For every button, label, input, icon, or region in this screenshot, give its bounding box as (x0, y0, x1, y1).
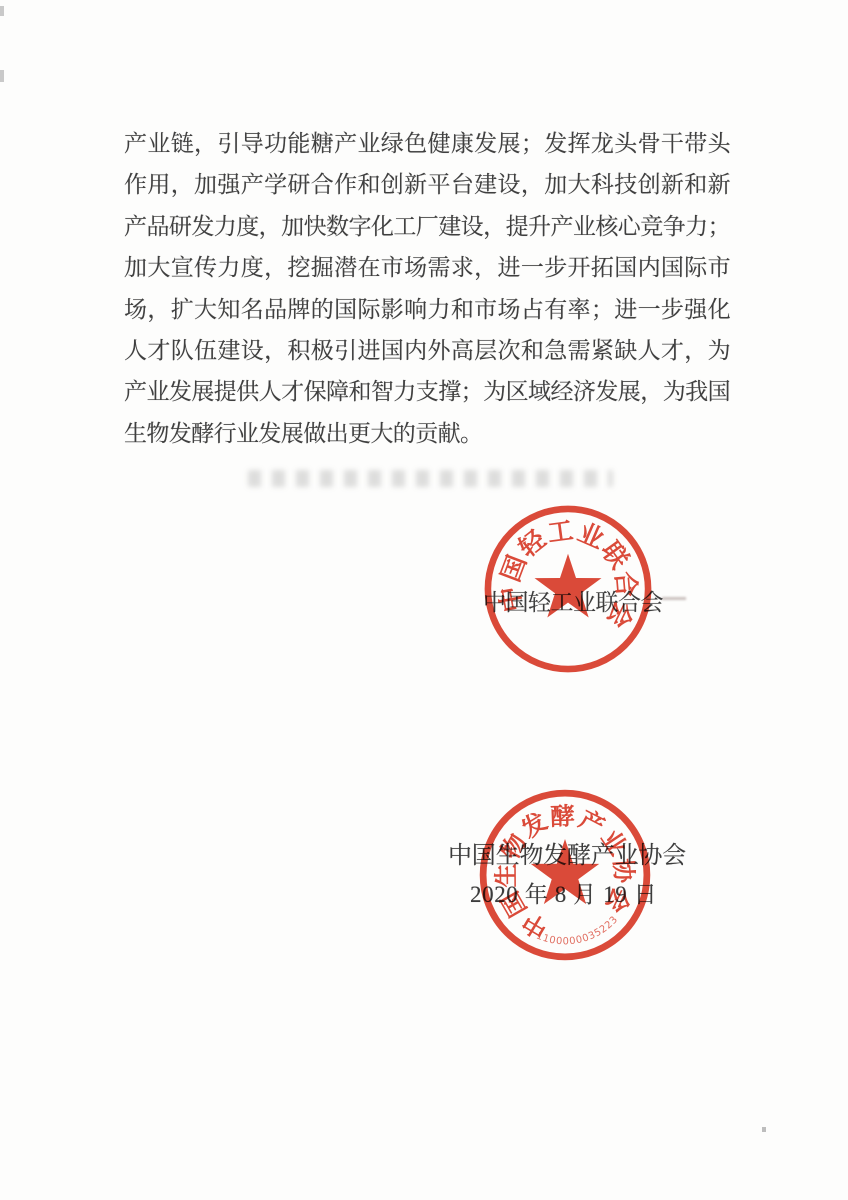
paragraph-line: 产业发展提供人才保障和智力支撑；为区域经济发展，为我国 (124, 371, 730, 412)
seal-graphic: 中国生物发酵产业协会 1100000035223 (475, 785, 655, 965)
star-icon (535, 554, 602, 618)
official-seal-light-industry-council: 中国轻工业联合会 (480, 501, 656, 682)
star-icon (531, 839, 599, 904)
seal-graphic: 中国轻工业联合会 (480, 501, 656, 677)
scan-artifact (762, 1127, 766, 1132)
bleed-through-text-ghost (248, 470, 613, 487)
scan-artifact (0, 70, 4, 82)
paragraph-line: 生物发酵行业发展做出更大的贡献。 (124, 413, 730, 454)
paragraph-line: 产品研发力度，加快数字化工厂建设，提升产业核心竞争力； (124, 206, 730, 247)
paragraph-line: 产业链，引导功能糖产业绿色健康发展；发挥龙头骨干带头 (124, 123, 730, 164)
paragraph-line: 作用，加强产学研合作和创新平台建设，加大科技创新和新 (124, 164, 730, 205)
body-paragraph: 产业链，引导功能糖产业绿色健康发展；发挥龙头骨干带头 作用，加强产学研合作和创新… (124, 123, 730, 454)
ink-smudge (662, 597, 686, 600)
scan-artifact (0, 6, 4, 16)
scanned-document-page: 产业链，引导功能糖产业绿色健康发展；发挥龙头骨干带头 作用，加强产学研合作和创新… (0, 0, 848, 1200)
paragraph-line: 加大宣传力度，挖掘潜在市场需求，进一步开拓国内国际市 (124, 247, 730, 288)
official-seal-biotech-fermentation-association: 中国生物发酵产业协会 1100000035223 (475, 785, 655, 970)
paragraph-line: 人才队伍建设，积极引进国内外高层次和急需紧缺人才，为 (124, 330, 730, 371)
paragraph-line: 场，扩大知名品牌的国际影响力和市场占有率；进一步强化 (124, 289, 730, 330)
